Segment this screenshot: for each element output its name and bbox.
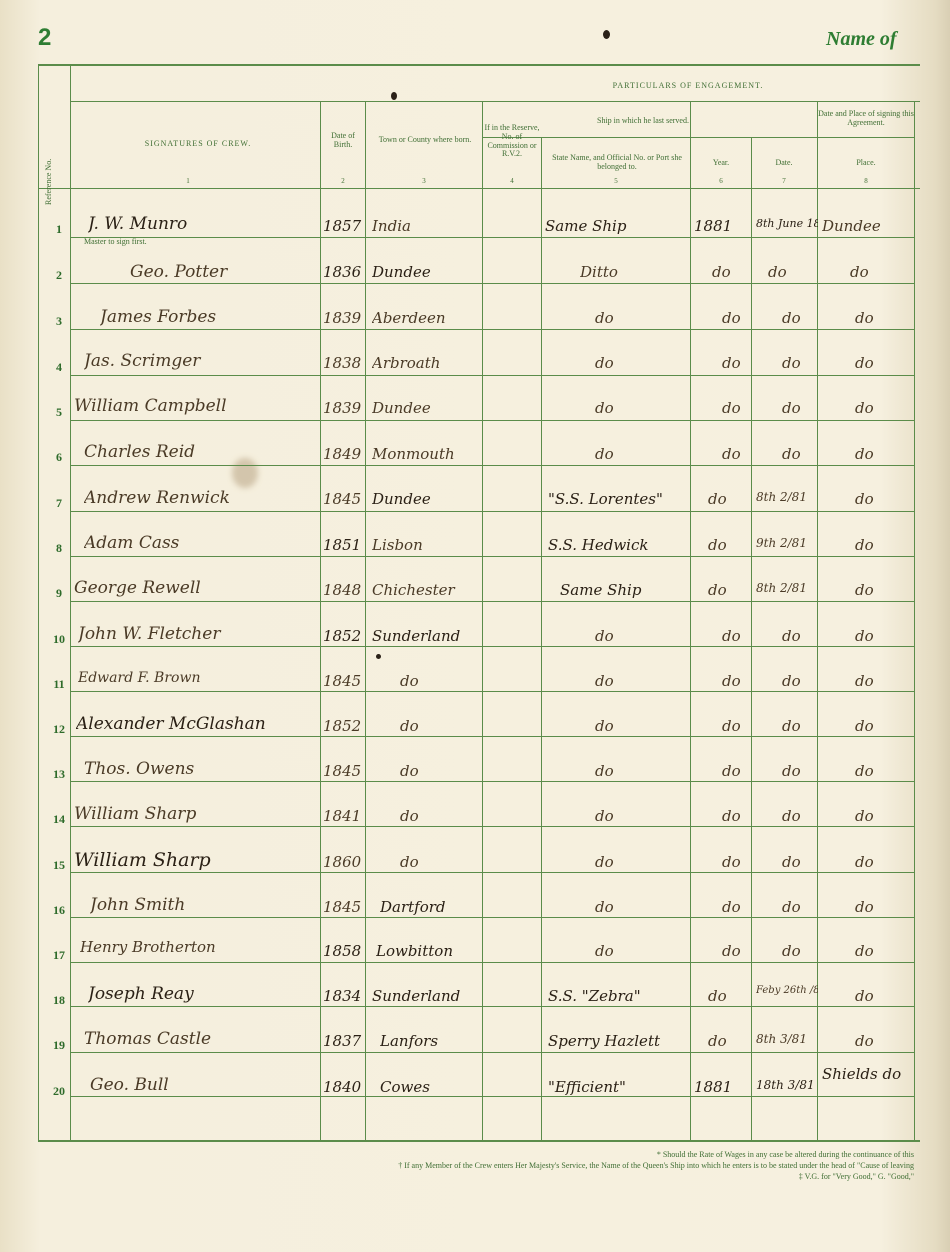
ref-no-header: Reference No.	[44, 152, 58, 212]
signing-date-header: Date.	[753, 159, 815, 168]
reserve-header: If in the Reserve, No. of Commission or …	[484, 124, 540, 159]
signing-group-header: Date and Place of signing this Agreement…	[818, 110, 914, 128]
page-number: 2	[38, 24, 51, 52]
birthplace-header: Town or County where born.	[370, 136, 480, 145]
footnote-majesty-service: † If any Member of the Crew enters Her M…	[398, 1161, 914, 1170]
last-ship-year-header: Year.	[693, 159, 749, 168]
last-ship-name-header: State Name, and Official No. or Port she…	[546, 154, 688, 172]
footnote-wages: * Should the Rate of Wages in any case b…	[657, 1150, 914, 1159]
master-note: Master to sign first.	[84, 237, 147, 246]
name-of-heading: Name of	[826, 28, 897, 51]
ledger-page: 2 Name of	[0, 0, 950, 1252]
birth-year-header: Date of Birth.	[324, 132, 362, 150]
section-title: PARTICULARS OF ENGAGEMENT.	[558, 82, 818, 91]
footnote-vg: ‡ V.G. for "Very Good," G. "Good,"	[799, 1172, 914, 1181]
ink-blot	[603, 30, 610, 39]
signing-place-header: Place.	[819, 159, 913, 168]
last-ship-group-header: Ship in which he last served.	[543, 117, 743, 126]
signatures-header: SIGNATURES OF CREW.	[78, 140, 318, 149]
